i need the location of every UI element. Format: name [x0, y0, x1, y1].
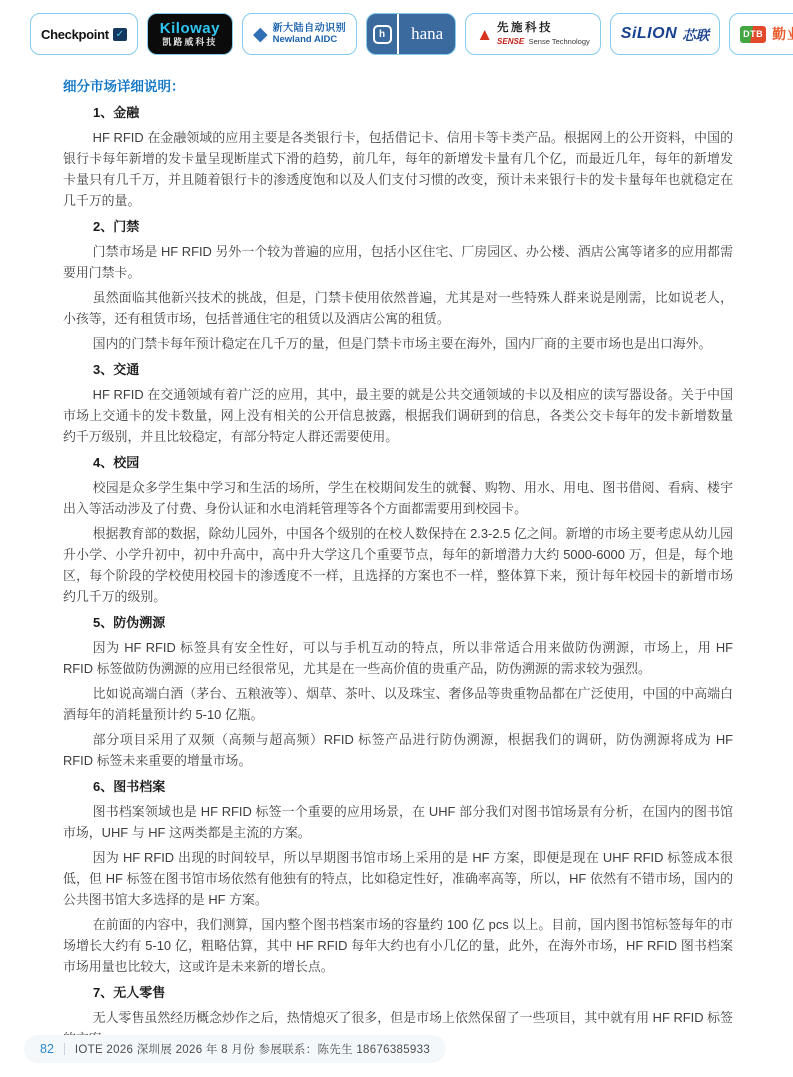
sense-english-line: SENSE Sense Technology [497, 35, 590, 47]
sense-triangle-icon: ▲ [476, 26, 493, 43]
section-campus-title: 4、校园 [93, 452, 733, 473]
newland-english-name: Newland AIDC [273, 34, 347, 45]
section-finance-title: 1、金融 [93, 102, 733, 123]
section-access-control: 2、门禁 门禁市场是 HF RFID 另外一个较为普遍的应用，包括小区住宅、厂房… [63, 216, 733, 354]
section-library-archives: 6、图书档案 图书档案领域也是 HF RFID 标签一个重要的应用场景，在 UH… [63, 776, 733, 977]
page-footer: 82 IOTE 2026 深圳展 2026 年 8 月份 参展联系：陈先生 18… [24, 1035, 446, 1063]
dtb-tile-icon: DTB [740, 26, 766, 43]
footer-divider [64, 1043, 65, 1055]
silion-chinese-name: 芯联 [682, 24, 709, 44]
section-anti-counterfeiting: 5、防伪溯源 因为 HF RFID 标签具有安全性好，可以与手机互动的特点，所以… [63, 612, 733, 771]
section-campus: 4、校园 校园是众多学生集中学习和生活的场所，学生在校期间发生的就餐、购物、用水… [63, 452, 733, 607]
sense-name-block: 先施科技 SENSE Sense Technology [497, 22, 590, 47]
section-transportation-title: 3、交通 [93, 359, 733, 380]
paragraph: 因为 HF RFID 标签具有安全性好，可以与手机互动的特点，所以非常适合用来做… [63, 637, 733, 679]
section-library-archives-title: 6、图书档案 [93, 776, 733, 797]
sponsor-logo-bar: Checkpoint ✓ Kiloway 凯路威科技 ◆ 新大陆自动识别 New… [30, 13, 773, 55]
hana-h-icon: h [373, 25, 392, 44]
sense-brand-wordmark: SENSE [497, 37, 524, 46]
sense-english-name: Sense Technology [529, 37, 590, 46]
checkpoint-check-icon: ✓ [113, 28, 127, 41]
paragraph: 校园是众多学生集中学习和生活的场所，学生在校期间发生的就餐、购物、用水、用电、图… [63, 477, 733, 519]
paragraph: HF RFID 在交通领域有着广泛的应用，其中，最主要的就是公共交通领域的卡以及… [63, 384, 733, 447]
newland-diamond-icon: ◆ [253, 25, 268, 44]
logo-hana: h hana [366, 13, 456, 55]
logo-silion: SiLION 芯联 [610, 13, 720, 55]
paragraph: 图书档案领域也是 HF RFID 标签一个重要的应用场景，在 UHF 部分我们对… [63, 801, 733, 843]
logo-dtb: DTB 勤业物联 [729, 13, 793, 55]
kiloway-wordmark: Kiloway [160, 21, 220, 37]
paragraph: 部分项目采用了双频（高频与超高频）RFID 标签产品进行防伪溯源，根据我们的调研… [63, 729, 733, 771]
logo-sense: ▲ 先施科技 SENSE Sense Technology [465, 13, 601, 55]
section-anti-counterfeiting-title: 5、防伪溯源 [93, 612, 733, 633]
checkpoint-wordmark: Checkpoint [41, 27, 109, 42]
hana-wordmark: hana [399, 24, 455, 44]
section-unmanned-retail-title: 7、无人零售 [93, 982, 733, 1003]
logo-kiloway: Kiloway 凯路威科技 [147, 13, 233, 55]
logo-newland: ◆ 新大陆自动识别 Newland AIDC [242, 13, 357, 55]
newland-name-block: 新大陆自动识别 Newland AIDC [273, 23, 347, 45]
paragraph: HF RFID 在金融领域的应用主要是各类银行卡，包括借记卡、信用卡等卡类产品。… [63, 127, 733, 211]
document-title: 细分市场详细说明： [63, 76, 733, 97]
paragraph: 根据教育部的数据，除幼儿园外，中国各个级别的在校人数保持在 2.3-2.5 亿之… [63, 523, 733, 607]
footer-exhibition-info: IOTE 2026 深圳展 2026 年 8 月份 参展联系：陈先生 18676… [75, 1041, 430, 1057]
paragraph: 在前面的内容中，我们测算，国内整个图书档案市场的容量约 100 亿 pcs 以上… [63, 914, 733, 977]
section-finance: 1、金融 HF RFID 在金融领域的应用主要是各类银行卡，包括借记卡、信用卡等… [63, 102, 733, 211]
silion-wordmark: SiLION [621, 25, 677, 43]
hana-badge-icon: h [367, 14, 399, 54]
section-transportation: 3、交通 HF RFID 在交通领域有着广泛的应用，其中，最主要的就是公共交通领… [63, 359, 733, 447]
sense-chinese-name: 先施科技 [497, 22, 590, 35]
paragraph: 国内的门禁卡每年预计稳定在几千万的量，但是门禁卡市场主要在海外，国内厂商的主要市… [63, 333, 733, 354]
section-access-control-title: 2、门禁 [93, 216, 733, 237]
paragraph: 门禁市场是 HF RFID 另外一个较为普遍的应用，包括小区住宅、厂房园区、办公… [63, 241, 733, 283]
paragraph: 比如说高端白酒（茅台、五粮液等）、烟草、茶叶、以及珠宝、奢侈品等贵重物品都在广泛… [63, 683, 733, 725]
document-body: 细分市场详细说明： 1、金融 HF RFID 在金融领域的应用主要是各类银行卡，… [63, 76, 733, 1053]
newland-chinese-name: 新大陆自动识别 [273, 23, 347, 34]
paragraph: 因为 HF RFID 出现的时间较早，所以早期图书馆市场上采用的是 HF 方案，… [63, 847, 733, 910]
page-number: 82 [40, 1042, 54, 1056]
dtb-chinese-name: 勤业物联 [772, 24, 793, 44]
kiloway-chinese-name: 凯路威科技 [162, 37, 217, 48]
logo-checkpoint: Checkpoint ✓ [30, 13, 138, 55]
paragraph: 虽然面临其他新兴技术的挑战，但是，门禁卡使用依然普遍，尤其是对一些特殊人群来说是… [63, 287, 733, 329]
